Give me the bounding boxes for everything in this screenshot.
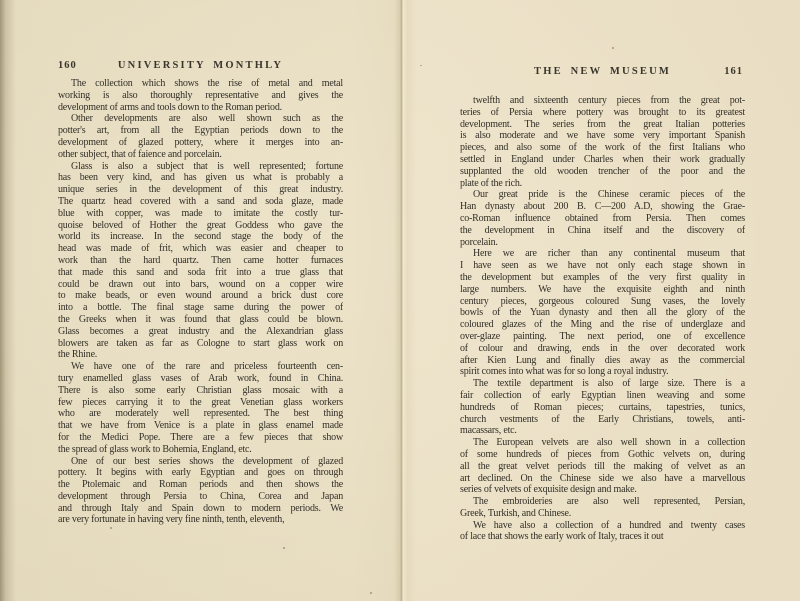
text-line: settled in England under Charles when th… <box>460 154 745 166</box>
text-line: bowls of the Yuan dynasty and then all t… <box>460 307 745 319</box>
text-line: Here we are richer than any continental … <box>460 248 745 260</box>
paragraph: Here we are richer than any continental … <box>460 248 745 378</box>
text-line: Glass becomes a great industry and the A… <box>58 326 343 338</box>
text-line: church vestments of the Early Christians… <box>460 414 745 426</box>
text-line: We have also a collection of a hundred a… <box>460 520 745 532</box>
text-line: the development but examples of the very… <box>460 272 745 284</box>
text-line: I have seen as we have not only each sta… <box>460 260 745 272</box>
text-line: for the Medici Pope. There are a few pie… <box>58 432 343 444</box>
text-line: We have one of the rare and priceless fo… <box>58 361 343 373</box>
right-page-number: 161 <box>724 66 743 77</box>
paragraph: The embroideries are also well represent… <box>460 496 745 520</box>
text-line: hundreds of Roman pieces; curtains, tape… <box>460 402 745 414</box>
text-line: century pieces, gorgeous coloured Sung v… <box>460 296 745 308</box>
paragraph: Other developments are also well shown s… <box>58 113 343 160</box>
right-page-body: twelfth and sixteenth century pieces fro… <box>460 95 745 543</box>
right-header-title: THE NEW MUSEUM <box>460 66 745 77</box>
text-line: blue with copper, was made to imitate th… <box>58 208 343 220</box>
paragraph: The textile department is also of large … <box>460 378 745 437</box>
text-line: Glass is also a subject that is well rep… <box>58 161 343 173</box>
paragraph: We have one of the rare and priceless fo… <box>58 361 343 455</box>
text-line: teries of Persia where pottery was broug… <box>460 107 745 119</box>
text-line: to make beads, or even wound around a br… <box>58 290 343 302</box>
scan-speck <box>420 65 422 66</box>
text-line: large numbers. We have the exquisite eig… <box>460 284 745 296</box>
text-line: spirit comes into what was for so long a… <box>460 366 745 378</box>
text-line: is also moderate and we have some very i… <box>460 130 745 142</box>
scan-edge-shadow <box>0 0 16 601</box>
text-line: macassars, etc. <box>460 425 745 437</box>
text-line: that made this sand and soda frit into a… <box>58 267 343 279</box>
left-header-title: UNIVERSITY MONTHLY <box>58 60 343 71</box>
left-page: 160 UNIVERSITY MONTHLY The collection wh… <box>58 60 343 526</box>
text-line: The embroideries are also well represent… <box>460 496 745 508</box>
text-line: blowers are taken as far as Cologne to s… <box>58 338 343 350</box>
text-line: has been very kind, and has given us wha… <box>58 172 343 184</box>
gutter-crease <box>394 0 416 601</box>
text-line: The European velvets are also well shown… <box>460 437 745 449</box>
text-line: development of glazed pottery, where it … <box>58 137 343 149</box>
right-page: THE NEW MUSEUM 161 twelfth and sixteenth… <box>460 66 745 543</box>
scan-speck <box>283 547 285 549</box>
paragraph: Our great pride is the Chinese ceramic p… <box>460 189 745 248</box>
text-line: twelfth and sixteenth century pieces fro… <box>460 95 745 107</box>
text-line: of lace that shows the early work of Ita… <box>460 531 745 543</box>
text-line: after Kien Lung and finally dies away as… <box>460 355 745 367</box>
text-line: world its increase. In the second stage … <box>58 231 343 243</box>
paragraph: twelfth and sixteenth century pieces fro… <box>460 95 745 189</box>
left-page-body: The collection which shows the rise of m… <box>58 78 343 526</box>
text-line: art declined. On the Chinese side we als… <box>460 473 745 485</box>
text-line: could be drawn out into bars, wound on a… <box>58 279 343 291</box>
text-line: fair collection of early Egyptian linen … <box>460 390 745 402</box>
text-line: the development in China itself and the … <box>460 225 745 237</box>
text-line: work than the hard quartz. Then came hot… <box>58 255 343 267</box>
text-line: Greek, Turkish, and Chinese. <box>460 508 745 520</box>
text-line: series of velvets of exquisite design an… <box>460 484 745 496</box>
text-line: few pieces carrying it to the great Vene… <box>58 397 343 409</box>
scan-speck <box>370 592 372 594</box>
paragraph: The collection which shows the rise of m… <box>58 78 343 113</box>
text-line: of some hundreds of pieces from Gothic v… <box>460 449 745 461</box>
text-line: supplanted the old wooden trencher of th… <box>460 166 745 178</box>
paragraph: One of our best series shows the develop… <box>58 456 343 527</box>
text-line: the spread of glass work to Bohemia, Eng… <box>58 444 343 456</box>
text-line: quoise beloved of Hother the great Godde… <box>58 220 343 232</box>
text-line: pottery. It begins with early Egyptian a… <box>58 467 343 479</box>
paragraph: Glass is also a subject that is well rep… <box>58 161 343 362</box>
text-line: porcelain. <box>460 237 745 249</box>
text-line: that we have from Venice is a plate in g… <box>58 420 343 432</box>
text-line: who are moderately well represented. The… <box>58 408 343 420</box>
text-line: head was made of frit, which was easier … <box>58 243 343 255</box>
text-line: unique series in the development of this… <box>58 184 343 196</box>
text-line: Han dynasty about 200 B. C—200 A.D, show… <box>460 201 745 213</box>
text-line: development of arms and tools down to th… <box>58 102 343 114</box>
text-line: development through Persia to China, Cor… <box>58 491 343 503</box>
text-line: of colour and drawing, ends in the over … <box>460 343 745 355</box>
scan-speck <box>110 527 112 529</box>
text-line: are very fortunate in having very fine n… <box>58 514 343 526</box>
text-line: coloured glazes of the Ming and the rise… <box>460 319 745 331</box>
text-line: and through Italy and Spain down to mode… <box>58 503 343 515</box>
book-spread: 160 UNIVERSITY MONTHLY The collection wh… <box>0 0 800 601</box>
text-line: into a bottle. The final stage same duri… <box>58 302 343 314</box>
text-line: all the great velvet periods till the ma… <box>460 461 745 473</box>
text-line: pieces, and also some of the work of the… <box>460 142 745 154</box>
paragraph: We have also a collection of a hundred a… <box>460 520 745 544</box>
text-line: plate of the rich. <box>460 178 745 190</box>
text-line: The collection which shows the rise of m… <box>58 78 343 90</box>
text-line: potter's art, from all the Egyptian peri… <box>58 125 343 137</box>
text-line: co-Roman influence obtained from Persia.… <box>460 213 745 225</box>
text-line: The quartz head covered with a sand and … <box>58 196 343 208</box>
text-line: One of our best series shows the develop… <box>58 456 343 468</box>
text-line: tury enamelled glass vases of Arab work,… <box>58 373 343 385</box>
text-line: the Greeks when it was found that glass … <box>58 314 343 326</box>
text-line: other subject, that of faience and porce… <box>58 149 343 161</box>
text-line: over-glaze painting. The next period, on… <box>460 331 745 343</box>
right-running-head: THE NEW MUSEUM 161 <box>460 66 745 80</box>
left-running-head: 160 UNIVERSITY MONTHLY <box>58 60 343 74</box>
text-line: Other developments are also well shown s… <box>58 113 343 125</box>
text-line: working is also thoroughly representativ… <box>58 90 343 102</box>
paragraph: The European velvets are also well shown… <box>460 437 745 496</box>
scan-speck <box>612 47 614 49</box>
text-line: Our great pride is the Chinese ceramic p… <box>460 189 745 201</box>
text-line: development. The series from the great I… <box>460 119 745 131</box>
text-line: The textile department is also of large … <box>460 378 745 390</box>
text-line: There is also some early Christian glass… <box>58 385 343 397</box>
text-line: the Rhine. <box>58 349 343 361</box>
text-line: the Ptolemaic and Roman periods and then… <box>58 479 343 491</box>
